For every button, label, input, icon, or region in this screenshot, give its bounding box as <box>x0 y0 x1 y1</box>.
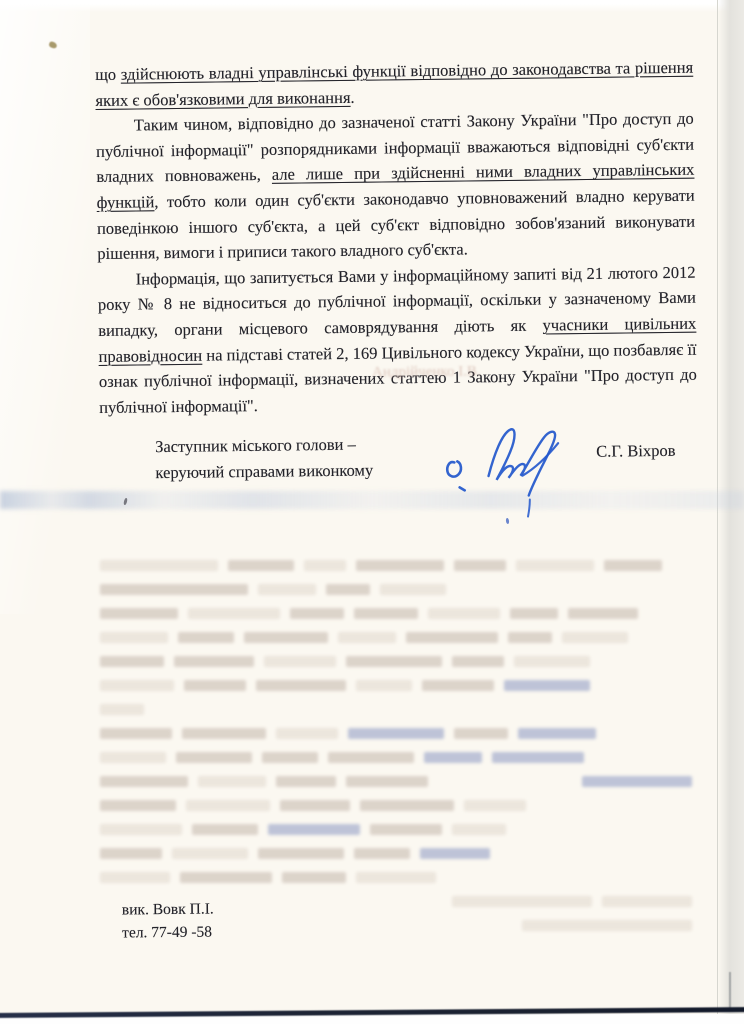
bleed-line <box>100 680 692 691</box>
bleed-through-text-region <box>100 560 692 944</box>
page-corner-edge <box>729 972 731 1010</box>
bleed-line <box>100 704 692 715</box>
scan-blue-band-artifact <box>0 491 744 509</box>
scan-left-light <box>0 0 90 614</box>
bleed-line <box>100 656 692 667</box>
executor-phone: тел. 77-49 -58 <box>122 921 214 945</box>
executor-note: вик. Вовк П.І. тел. 77-49 -58 <box>122 898 214 945</box>
paragraph-1-underlined: здійснюють владні управлінські функції в… <box>95 58 693 110</box>
bleed-line <box>100 608 692 619</box>
bleed-line <box>100 728 692 739</box>
handwritten-signature-icon <box>436 413 587 525</box>
bleed-line <box>100 824 692 835</box>
signatory-name: С.Г. Віхров <box>596 441 675 462</box>
bleed-line <box>100 584 692 595</box>
bleed-line <box>100 848 692 859</box>
paragraph-2: Таким чином, відповідно до зазначеної ст… <box>96 106 696 267</box>
executor-name: вик. Вовк П.І. <box>122 898 214 922</box>
scanned-letter-page: що здійснюють владні управлінські функці… <box>0 0 744 1024</box>
paragraph-1-text: що <box>95 65 121 84</box>
paragraph-2-text-continued: , тобто коли один суб'єкти законодавчо у… <box>97 186 695 263</box>
scan-top-edge <box>0 0 744 12</box>
signature-block: Заступник міського голови – керуючий спр… <box>0 427 744 436</box>
bleed-through-name: Андрійченко І.В. <box>372 364 481 382</box>
bleed-line <box>100 752 692 763</box>
paragraph-3: Інформація, що запитується Вами у інформ… <box>98 259 698 420</box>
bleed-line <box>100 776 692 787</box>
signatory-title: Заступник міського голови – керуючий спр… <box>155 431 373 486</box>
bleed-line <box>100 560 692 571</box>
bleed-line <box>100 800 692 811</box>
bleed-line <box>100 632 692 643</box>
signatory-title-line2: керуючий справами виконкому <box>155 457 373 486</box>
paragraph-1: що здійснюють владні управлінські функці… <box>95 55 694 113</box>
signatory-title-line1: Заступник міського голови – <box>155 431 373 460</box>
bleed-line <box>100 872 692 883</box>
paragraph-1-period: . <box>350 87 354 106</box>
